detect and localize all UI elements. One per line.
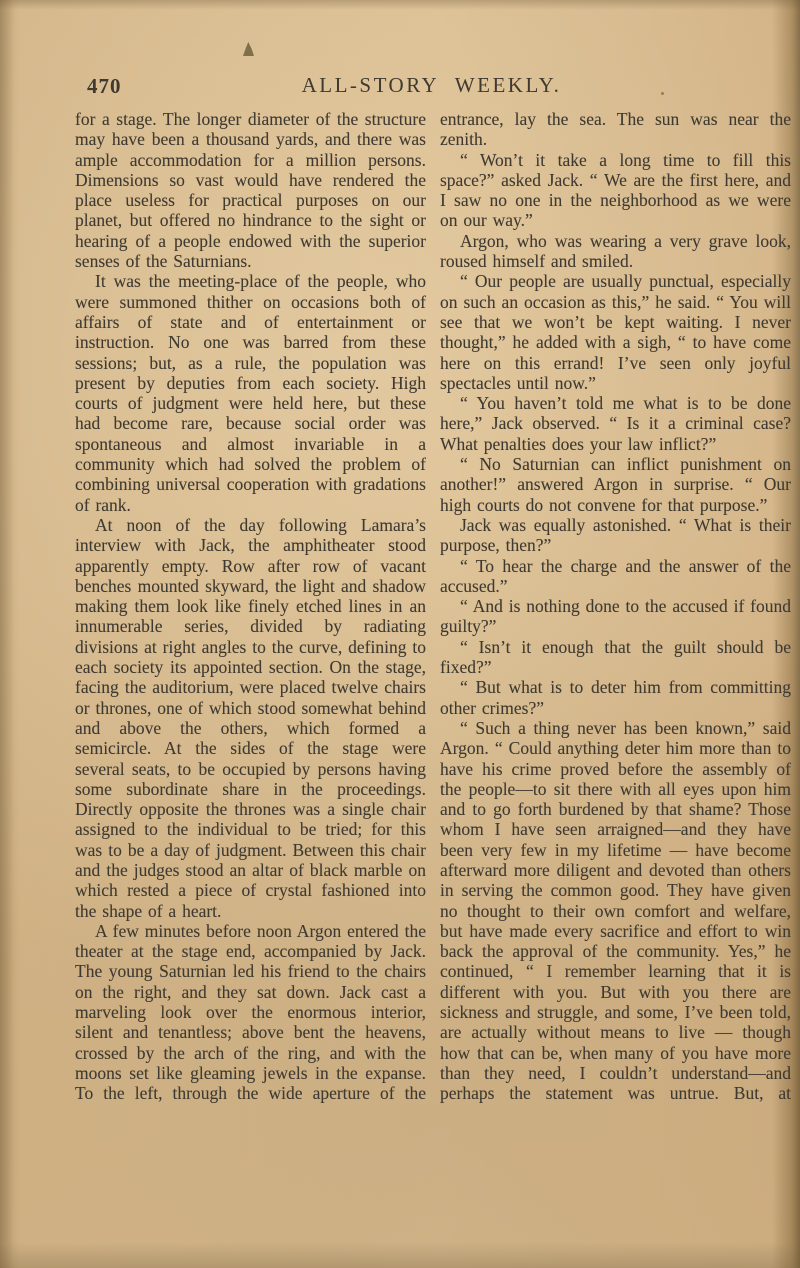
body-paragraph: “ To hear the charge and the answer of t… [440,556,791,597]
body-paragraph: “ Isn’t it enough that the guilt should … [440,637,791,678]
body-paragraph: Argon, who was wearing a very grave look… [440,231,791,272]
page-edge-bottom [0,1242,800,1268]
body-paragraph: It was the meeting-place of the people, … [75,271,426,515]
page-header: 470 ALL-STORY WEEKLY. [75,73,788,101]
body-paragraph: Jack was equally astonished. “ What is t… [440,515,791,556]
left-column: for a stage. The longer diameter of the … [75,109,426,1217]
page-number: 470 [87,74,122,99]
magazine-page: 470 ALL-STORY WEEKLY. for a stage. The l… [0,0,800,1268]
body-paragraph: A few minutes before noon Argon entered … [75,921,426,1104]
right-column: entrance, lay the sea. The sun was near … [440,109,791,1217]
body-paragraph: “ But what is to deter him from committi… [440,677,791,718]
body-paragraph: “ Our people are usually punctual, espec… [440,271,791,393]
ink-smudge [243,42,254,56]
body-paragraph: “ Such a thing never has been known,” sa… [440,718,791,1104]
page-edge-top [0,0,800,10]
body-paragraph: entrance, lay the sea. The sun was near … [440,109,791,150]
body-paragraph: At noon of the day following Lamara’s in… [75,515,426,921]
body-paragraph: “ And is nothing done to the accused if … [440,596,791,637]
page-edge-left [0,0,14,1268]
running-title: ALL-STORY WEEKLY. [75,73,788,98]
body-paragraph: “ Won’t it take a long time to fill this… [440,150,791,231]
body-paragraph: “ You haven’t told me what is to be done… [440,393,791,454]
body-paragraph: for a stage. The longer diameter of the … [75,109,426,271]
body-paragraph: “ No Saturnian can inflict punishment on… [440,454,791,515]
text-columns: for a stage. The longer diameter of the … [75,109,791,1217]
